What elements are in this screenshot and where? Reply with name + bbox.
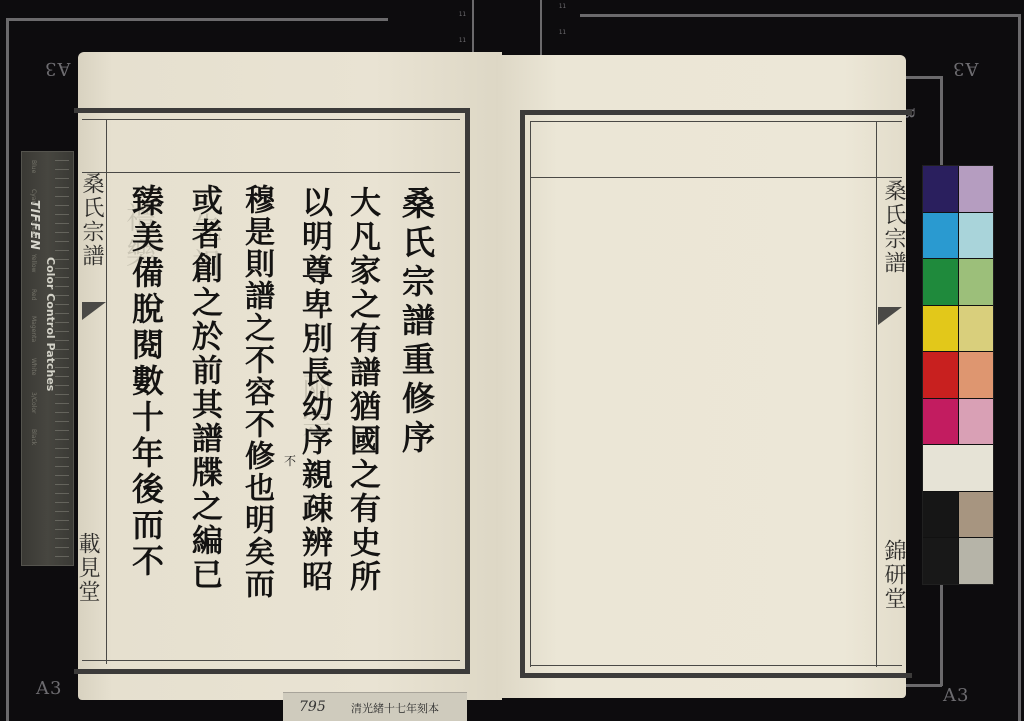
header-rule [82, 119, 460, 120]
guide-line-left [6, 18, 9, 721]
footer-rule [530, 665, 902, 666]
color-calibration-chart [922, 165, 994, 585]
footer-rule [82, 660, 460, 661]
swatch-white [923, 445, 993, 491]
text-column-title: 桑氏宗譜重修序 [400, 186, 433, 459]
guide-line-center-b [540, 0, 542, 60]
ruler-marks-right: 1111 [552, 0, 566, 46]
tiffen-title: Color Control Patches [44, 257, 57, 391]
guide-line-right [1018, 14, 1021, 721]
text-column-4: 或者創之於前其譜牒之編已 [188, 184, 219, 592]
text-column-3: 穆是則譜之不容不修也明矣而 [241, 184, 271, 600]
bed-label-bottom-right: A3 [943, 685, 969, 706]
book-page-left: 禮樂 先祖 兩宗 桑氏宗譜 載見堂 桑氏宗譜重修序 大凡家之有譜猶國之有史所 以… [78, 52, 502, 700]
call-slip-note: 清光緒十七年刻本 [351, 700, 439, 716]
guide-line-top-left [6, 18, 388, 21]
tiffen-color-control-strip: TIFFEN Color Control Patches Blue Cyan G… [21, 151, 74, 566]
fish-tail-ornament [82, 302, 106, 320]
guide-line-top-right [580, 14, 1020, 17]
header-rule-lower [82, 172, 460, 173]
swatch-yellow-light [959, 306, 994, 352]
fish-tail-ornament [878, 307, 902, 325]
swatch-green [923, 259, 958, 305]
guide-line-b-box-top [900, 76, 942, 79]
interlinear-annotation: 不 [284, 452, 296, 469]
swatch-black [923, 492, 958, 538]
swatch-blue-light [959, 166, 994, 212]
header-rule-lower [530, 177, 902, 178]
swatch-green-light [959, 259, 994, 305]
page-border-right [520, 110, 912, 678]
swatch-red [923, 352, 958, 398]
spine-hall-right: 錦研堂 [878, 539, 909, 611]
guide-line-center-a [472, 0, 474, 60]
swatch-gray [959, 538, 994, 584]
tiffen-patch-names: Blue Cyan Green Yellow Red Magenta White… [30, 160, 37, 459]
text-column-1: 大凡家之有譜猶國之有史所 [346, 186, 377, 594]
ruler-marks-left: 1111 [452, 2, 466, 54]
swatch-cyan-light [959, 213, 994, 259]
text-column-2: 以明尊卑別長幼序親疎辨昭 [298, 186, 329, 594]
book-page-right: 桑氏宗譜 錦研堂 [496, 55, 906, 698]
spine-title-left: 桑氏宗譜 [76, 172, 107, 268]
swatch-magenta [923, 399, 958, 445]
swatch-cyan [923, 213, 958, 259]
swatch-yellow [923, 306, 958, 352]
spine-column-rule [876, 121, 877, 667]
call-number-slip: 795 清光緒十七年刻本 [283, 692, 467, 721]
text-column-5: 臻美備脫閱數十年後而不 [130, 184, 162, 580]
swatch-magenta-light [959, 399, 994, 445]
swatch-black-2 [923, 538, 958, 584]
bed-label-top-left: A3 [44, 58, 70, 79]
ruler-ticks [55, 152, 69, 565]
swatch-tan [959, 492, 994, 538]
swatch-blue [923, 166, 958, 212]
bed-label-top-right: A3 [952, 58, 978, 79]
swatch-red-light [959, 352, 994, 398]
inner-frame-rule [530, 121, 531, 667]
call-number: 795 [299, 699, 326, 715]
spine-hall-left: 載見堂 [72, 532, 103, 604]
spine-title-right: 桑氏宗譜 [878, 179, 909, 275]
header-rule [530, 121, 902, 122]
bed-label-bottom-left: A3 [36, 678, 62, 699]
